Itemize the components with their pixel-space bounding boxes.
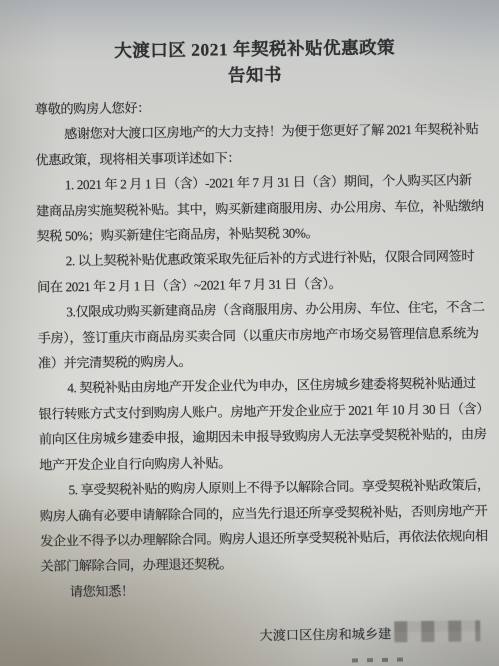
paragraph-item2-line: 2. 以上契税补贴优惠政策采取先征后补的方式进行补贴，仅限合同网签时 <box>37 244 478 275</box>
issuer-signature: 大渡口区住房和城乡建 <box>41 620 482 650</box>
paragraph-item4-line: 前向区住房城乡建委申报，逾期因未申报导致购房人无法享受契税补贴的，由房 <box>39 422 480 453</box>
redaction-mosaic <box>394 620 480 642</box>
closing-line: 请您知悉！ <box>41 574 482 605</box>
issuer-signature-text: 大渡口区住房和城乡建 <box>259 626 391 643</box>
photographed-notice-page: 大渡口区 2021 年契税补贴优惠政策 告知书 尊敬的购房人您好： 感谢您对大渡… <box>0 0 499 666</box>
paragraph-intro-line: 感谢您对大渡口区房地产的大力支持！为便于您更好了解 2021 年契税补贴 <box>35 117 476 148</box>
paragraph-item1-line: 建商品房实施契税补贴。其中，购买新建商服用房、办公用房、车位，补贴缴纳 <box>36 193 477 224</box>
notice-title-line2: 告知书 <box>34 59 475 90</box>
notice-document: 大渡口区 2021 年契税补贴优惠政策 告知书 尊敬的购房人您好： 感谢您对大渡… <box>34 33 482 650</box>
cut-off-text-fragment <box>352 658 404 666</box>
